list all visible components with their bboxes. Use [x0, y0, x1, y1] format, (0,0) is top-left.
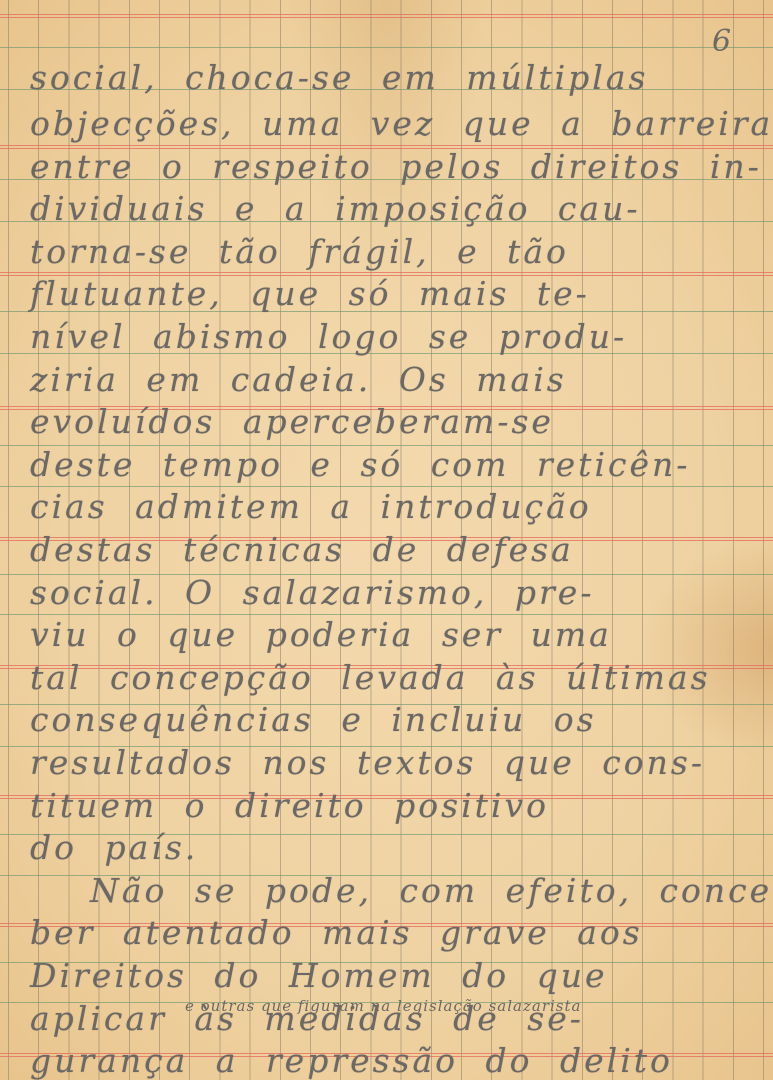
- text-line: entre o respeito pelos direitos in-: [30, 147, 760, 187]
- text-line: Direitos do Homem do que: [30, 956, 760, 996]
- text-line: resultados nos textos que cons-: [30, 743, 760, 783]
- text-line: torna-se tão frágil, e tão: [30, 232, 760, 272]
- text-line: ber atentado mais grave aos: [30, 913, 760, 953]
- text-line: viu o que poderia ser uma: [30, 615, 760, 655]
- text-line: do país.: [30, 828, 760, 868]
- text-line: objecções, uma vez que a barreira: [30, 104, 760, 144]
- text-line: social. O salazarismo, pre-: [30, 573, 760, 613]
- text-line: tituem o direito positivo: [30, 786, 760, 826]
- text-line: nível abismo logo se produ-: [30, 317, 760, 357]
- text-line: ziria em cadeia. Os mais: [30, 360, 760, 400]
- text-line: dividuais e a imposição cau-: [30, 189, 760, 229]
- text-line: flutuante, que só mais te-: [30, 274, 760, 314]
- text-line: deste tempo e só com reticên-: [30, 445, 760, 485]
- text-line: destas técnicas de defesa: [30, 530, 760, 570]
- text-line: gurança a repressão do delito: [30, 1041, 760, 1080]
- text-line: consequências e incluiu os: [30, 700, 760, 740]
- text-line: cias admitem a introdução: [30, 487, 760, 527]
- text-line: tal concepção levada às últimas: [30, 658, 760, 698]
- manuscript-page: 6 social, choca-se em múltiplas objecçõe…: [0, 0, 773, 1080]
- text-line: evoluídos aperceberam-se: [30, 402, 760, 442]
- interlinear-note: e outras que figuram na legislação salaz…: [185, 997, 581, 1015]
- handwritten-text: social, choca-se em múltiplas objecções,…: [0, 0, 773, 1080]
- text-line: social, choca-se em múltiplas: [30, 58, 760, 98]
- text-line: Não se pode, com efeito, conce-: [90, 871, 773, 911]
